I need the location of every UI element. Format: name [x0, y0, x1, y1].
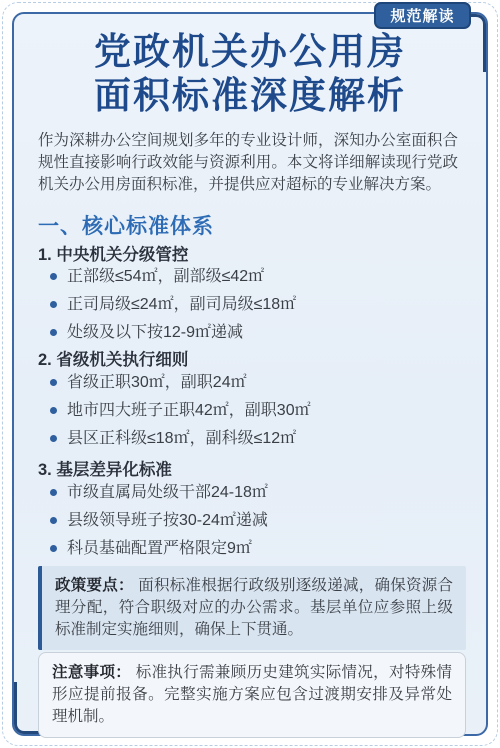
bullet-dot-icon [50, 545, 57, 552]
policy-paragraph: 政策要点： 面积标准根据行政级别逐级递减，确保资源合理分配，符合职级对应的办公需… [55, 575, 453, 641]
content-card: 党政机关办公用房 面积标准深度解析 作为深耕办公空间规划多年的专业设计师，深知办… [12, 12, 488, 736]
list-item: 正部级≤54㎡，副部级≤42㎡ [50, 266, 462, 294]
infographic-page: 规范解读 党政机关办公用房 面积标准深度解析 作为深耕办公空间规划多年的专业设计… [0, 0, 500, 748]
bullet-dot-icon [50, 301, 57, 308]
bullet-list-provincial: 省级正职30㎡，副职24㎡ 地市四大班子正职42㎡，副职30㎡ 县区正科级≤18… [50, 372, 462, 456]
intro-paragraph: 作为深耕办公空间规划多年的专业设计师，深知办公室面积合规性直接影响行政效能与资源… [38, 130, 458, 196]
bullet-dot-icon [50, 273, 57, 280]
list-item: 市级直属局处级干部24-18㎡ [50, 482, 462, 510]
corner-badge: 规范解读 [374, 2, 471, 29]
bullet-text: 正司局级≤24㎡，副司局级≤18㎡ [67, 294, 296, 315]
bullet-text: 处级及以下按12-9㎡递减 [67, 322, 243, 343]
note-paragraph: 注意事项： 标准执行需兼顾历史建筑实际情况，对特殊情形应提前报备。完整实施方案应… [52, 662, 452, 728]
bullet-dot-icon [50, 489, 57, 496]
bullet-text: 正部级≤54㎡，副部级≤42㎡ [67, 266, 264, 287]
bullet-list-central: 正部级≤54㎡，副部级≤42㎡ 正司局级≤24㎡，副司局级≤18㎡ 处级及以下按… [50, 266, 462, 350]
list-item: 县级领导班子按30-24㎡递减 [50, 510, 462, 538]
page-title: 党政机关办公用房 面积标准深度解析 [14, 30, 486, 118]
policy-callout: 政策要点： 面积标准根据行政级别逐级递减，确保资源合理分配，符合职级对应的办公需… [38, 566, 466, 650]
bullet-list-grassroots: 市级直属局处级干部24-18㎡ 县级领导班子按30-24㎡递减 科员基础配置严格… [50, 482, 462, 566]
bullet-text: 县区正科级≤18㎡，副科级≤12㎡ [67, 428, 296, 449]
bullet-dot-icon [50, 435, 57, 442]
page-title-line-2: 面积标准深度解析 [14, 74, 486, 118]
note-callout: 注意事项： 标准执行需兼顾历史建筑实际情况，对特殊情形应提前报备。完整实施方案应… [38, 652, 466, 738]
bullet-text: 科员基础配置严格限定9㎡ [67, 538, 252, 559]
list-item: 县区正科级≤18㎡，副科级≤12㎡ [50, 428, 462, 456]
bullet-dot-icon [50, 379, 57, 386]
bullet-dot-icon [50, 407, 57, 414]
bullet-dot-icon [50, 329, 57, 336]
note-label: 注意事项： [52, 664, 131, 681]
bullet-text: 市级直属局处级干部24-18㎡ [67, 482, 268, 503]
subsection-heading-grassroots: 3. 基层差异化标准 [38, 456, 172, 480]
list-item: 正司局级≤24㎡，副司局级≤18㎡ [50, 294, 462, 322]
bullet-text: 县级领导班子按30-24㎡递减 [67, 510, 268, 531]
list-item: 科员基础配置严格限定9㎡ [50, 538, 462, 566]
page-title-line-1: 党政机关办公用房 [14, 30, 486, 74]
bullet-text: 地市四大班子正职42㎡，副职30㎡ [67, 400, 311, 421]
bullet-text: 省级正职30㎡，副职24㎡ [67, 372, 247, 393]
subsection-heading-central: 1. 中央机关分级管控 [38, 241, 188, 265]
list-item: 地市四大班子正职42㎡，副职30㎡ [50, 400, 462, 428]
bullet-dot-icon [50, 517, 57, 524]
subsection-heading-provincial: 2. 省级机关执行细则 [38, 346, 188, 370]
section-heading: 一、核心标准体系 [38, 210, 214, 240]
corner-badge-label: 规范解读 [390, 5, 454, 26]
list-item: 省级正职30㎡，副职24㎡ [50, 372, 462, 400]
policy-label: 政策要点： [55, 577, 134, 594]
